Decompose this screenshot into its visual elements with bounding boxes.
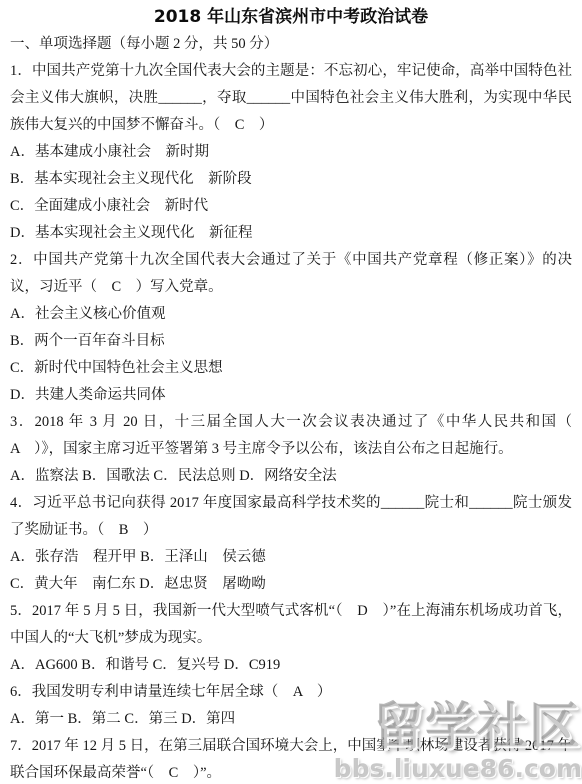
question-stem: 3．2018 年 3 月 20 日，十三届全国人大一次会议表决通过了《中华人民共… [10, 409, 572, 463]
question-7: 7．2017 年 12 月 5 日，在第三届联合国环境大会上，中国塞罕坝林场建设… [10, 733, 572, 784]
question-stem: 2．中国共产党第十九次全国代表大会通过了关于《中国共产党章程（修正案）》的决议，… [10, 247, 572, 301]
option-line: C．全面建成小康社会 新时代 [10, 193, 572, 220]
page-title: 2018 年山东省滨州市中考政治试卷 [10, 4, 572, 31]
option-line: A．监察法 B．国歌法 C．民法总则 D．网络安全法 [10, 463, 572, 490]
question-stem: 6．我国发明专利申请量连续七年居全球（ A ） [10, 679, 572, 706]
question-stem: 5．2017 年 5 月 5 日，我国新一代大型喷气式客机“（ D ）”在上海浦… [10, 598, 572, 652]
question-4: 4．习近平总书记向获得 2017 年度国家最高科学技术奖的______院士和__… [10, 490, 572, 598]
option-line: D．共建人类命运共同体 [10, 382, 572, 409]
option-line: C．黄大年 南仁东 D．赵忠贤 屠呦呦 [10, 571, 572, 598]
section-header: 一、单项选择题（每小题 2 分，共 50 分） [10, 31, 572, 58]
question-1: 1．中国共产党第十九次全国代表大会的主题是：不忘初心，牢记使命，高举中国特色社会… [10, 58, 572, 247]
question-3: 3．2018 年 3 月 20 日，十三届全国人大一次会议表决通过了《中华人民共… [10, 409, 572, 490]
option-line: A．AG600 B．和谐号 C．复兴号 D．C919 [10, 652, 572, 679]
question-5: 5．2017 年 5 月 5 日，我国新一代大型喷气式客机“（ D ）”在上海浦… [10, 598, 572, 679]
option-line: B．两个一百年奋斗目标 [10, 328, 572, 355]
option-line: A．张存浩 程开甲 B．王泽山 侯云德 [10, 544, 572, 571]
exam-paper: 2018 年山东省滨州市中考政治试卷 一、单项选择题（每小题 2 分，共 50 … [0, 0, 582, 784]
option-line: A．基本建成小康社会 新时期 [10, 139, 572, 166]
question-stem: 7．2017 年 12 月 5 日，在第三届联合国环境大会上，中国塞罕坝林场建设… [10, 733, 572, 784]
question-stem: 4．习近平总书记向获得 2017 年度国家最高科学技术奖的______院士和__… [10, 490, 572, 544]
option-line: D．基本实现社会主义现代化 新征程 [10, 220, 572, 247]
option-line: A．第一 B．第二 C．第三 D．第四 [10, 706, 572, 733]
option-line: C．新时代中国特色社会主义思想 [10, 355, 572, 382]
question-stem: 1．中国共产党第十九次全国代表大会的主题是：不忘初心，牢记使命，高举中国特色社会… [10, 58, 572, 139]
option-line: B．基本实现社会主义现代化 新阶段 [10, 166, 572, 193]
question-2: 2．中国共产党第十九次全国代表大会通过了关于《中国共产党章程（修正案）》的决议，… [10, 247, 572, 409]
question-6: 6．我国发明专利申请量连续七年居全球（ A ） A．第一 B．第二 C．第三 D… [10, 679, 572, 733]
option-line: A．社会主义核心价值观 [10, 301, 572, 328]
